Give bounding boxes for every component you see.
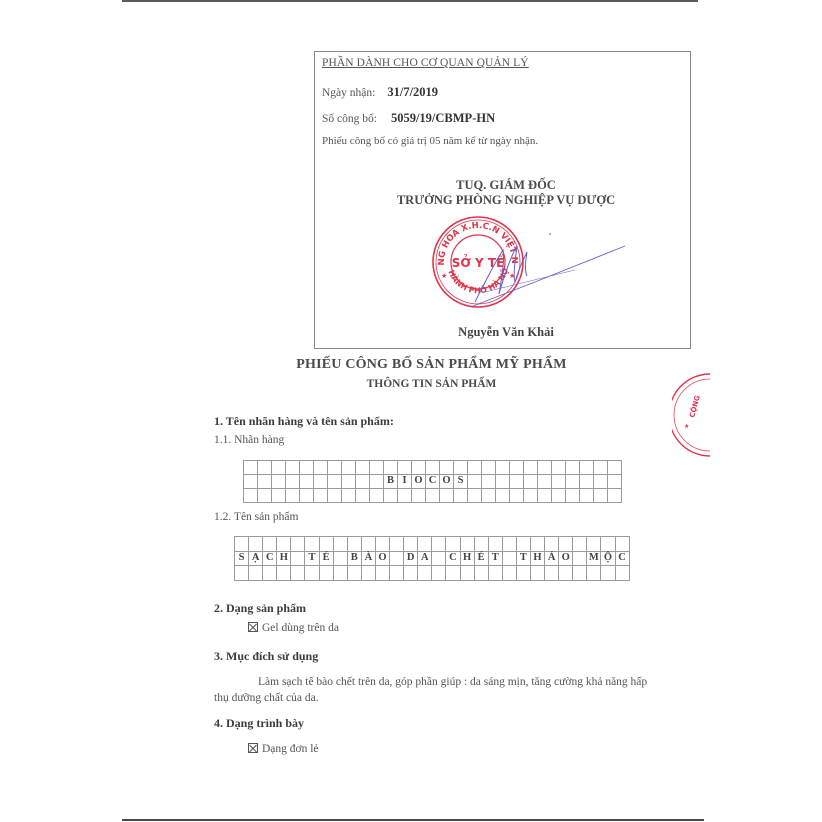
product-grid-cell — [361, 537, 375, 552]
brand-grid-cell — [538, 461, 552, 475]
product-grid-cell — [249, 566, 263, 581]
brand-grid-cell — [426, 489, 440, 503]
product-grid-cell: O — [375, 551, 389, 566]
signature-title-line1: TUQ. GIÁM ĐỐC — [330, 178, 682, 193]
product-grid-cell: H — [460, 551, 474, 566]
brand-grid-cell — [482, 475, 496, 489]
product-grid-cell — [235, 566, 249, 581]
product-grid-cell: Ạ — [249, 551, 263, 566]
brand-grid-cell — [398, 461, 412, 475]
signature-title-line2: TRƯỞNG PHÒNG NGHIỆP VỤ DƯỢC — [330, 193, 682, 208]
product-grid-cell — [516, 537, 530, 552]
product-grid-cell: H — [530, 551, 544, 566]
product-grid-cell — [502, 566, 516, 581]
brand-grid-cell — [370, 489, 384, 503]
product-name-grid: SẠCHTÉBÀODACHÉTTHẢOMỘC — [234, 536, 630, 581]
product-grid-cell: M — [587, 551, 601, 566]
brand-grid-cell: O — [440, 475, 454, 489]
brand-grid-row — [244, 489, 622, 503]
brand-grid-cell: C — [426, 475, 440, 489]
product-grid-cell: B — [347, 551, 361, 566]
product-grid-cell — [488, 566, 502, 581]
product-grid-cell — [545, 566, 559, 581]
brand-grid-cell — [258, 461, 272, 475]
announcement-number-row: Số công bố: 5059/19/CBMP-HN — [322, 109, 495, 127]
partial-seal-text: CỘNG — [687, 394, 702, 418]
product-grid-cell — [404, 537, 418, 552]
brand-name-grid: BIOCOS — [243, 460, 622, 503]
product-grid-cell — [545, 537, 559, 552]
product-grid-cell — [587, 537, 601, 552]
brand-grid-cell — [286, 461, 300, 475]
product-grid-cell — [418, 566, 432, 581]
product-grid-row — [235, 537, 630, 552]
usage-purpose-content: Làm sạch tế bào chết trên da, góp phần g… — [214, 676, 647, 704]
product-grid-cell — [375, 537, 389, 552]
product-grid-cell — [375, 566, 389, 581]
product-grid-cell — [347, 537, 361, 552]
svg-text:★: ★ — [684, 423, 689, 430]
brand-grid-cell — [286, 489, 300, 503]
brand-grid-cell — [566, 475, 580, 489]
product-grid-cell — [319, 537, 333, 552]
product-grid-row — [235, 566, 630, 581]
brand-grid-cell — [244, 475, 258, 489]
brand-grid-cell — [286, 475, 300, 489]
product-grid-cell — [432, 551, 446, 566]
product-grid-cell — [235, 537, 249, 552]
product-grid-cell — [333, 551, 347, 566]
svg-text:★: ★ — [441, 272, 447, 280]
brand-grid-cell — [468, 461, 482, 475]
product-grid-cell — [390, 566, 404, 581]
section3-heading: 3. Mục đích sử dụng — [214, 649, 318, 664]
brand-grid-cell: O — [412, 475, 426, 489]
product-grid-cell — [305, 537, 319, 552]
section4-heading: 4. Dạng trình bày — [214, 716, 304, 731]
brand-grid-cell — [426, 461, 440, 475]
brand-grid-cell — [244, 489, 258, 503]
validity-note: Phiếu công bố có giá trị 05 năm kể từ ng… — [322, 135, 538, 147]
product-grid-cell — [573, 551, 587, 566]
product-grid-cell — [249, 537, 263, 552]
brand-grid-cell — [398, 489, 412, 503]
product-grid-cell — [333, 566, 347, 581]
brand-grid-cell: S — [454, 475, 468, 489]
brand-grid-cell — [580, 461, 594, 475]
product-grid-cell — [432, 566, 446, 581]
brand-grid-cell — [552, 489, 566, 503]
product-grid-cell — [291, 537, 305, 552]
brand-grid-cell — [342, 475, 356, 489]
brand-grid-cell — [300, 489, 314, 503]
document-subtitle: THÔNG TIN SẢN PHẨM — [200, 378, 663, 390]
product-grid-cell — [601, 537, 615, 552]
product-grid-cell — [432, 537, 446, 552]
product-grid-cell: S — [235, 551, 249, 566]
product-grid-cell: À — [361, 551, 375, 566]
product-grid-cell — [502, 537, 516, 552]
product-grid-cell — [277, 566, 291, 581]
product-grid-cell: C — [263, 551, 277, 566]
product-grid-cell — [559, 566, 573, 581]
brand-grid-cell — [356, 461, 370, 475]
brand-grid-cell — [510, 475, 524, 489]
brand-grid-cell — [524, 489, 538, 503]
product-form-option-label: Gel dùng trên da — [262, 622, 339, 634]
product-grid-cell — [404, 566, 418, 581]
brand-grid-cell — [552, 475, 566, 489]
brand-grid-cell — [258, 489, 272, 503]
product-grid-cell — [615, 537, 629, 552]
signer-name: Nguyễn Văn Khải — [330, 325, 682, 340]
brand-grid-cell — [594, 461, 608, 475]
product-grid-cell — [530, 537, 544, 552]
product-grid-cell — [601, 566, 615, 581]
brand-grid-cell — [552, 461, 566, 475]
brand-grid-cell: I — [398, 475, 412, 489]
product-grid-cell — [333, 537, 347, 552]
brand-grid-cell — [496, 475, 510, 489]
presentation-option-label: Dạng đơn lẻ — [262, 743, 319, 755]
product-grid-cell: Ộ — [601, 551, 615, 566]
brand-grid-cell — [412, 489, 426, 503]
brand-label: 1.1. Nhãn hàng — [214, 434, 284, 446]
brand-grid-cell — [314, 489, 328, 503]
product-grid-cell — [460, 566, 474, 581]
product-grid-row: SẠCHTÉBÀODACHÉTTHẢOMỘC — [235, 551, 630, 566]
product-grid-cell: T — [488, 551, 502, 566]
product-grid-cell — [390, 537, 404, 552]
brand-grid-row: BIOCOS — [244, 475, 622, 489]
product-grid-cell: É — [319, 551, 333, 566]
brand-grid-cell — [496, 489, 510, 503]
brand-grid-cell — [454, 461, 468, 475]
brand-grid-cell — [538, 475, 552, 489]
product-grid-cell — [305, 566, 319, 581]
product-grid-cell: C — [615, 551, 629, 566]
received-date-row: Ngày nhận: 31/7/2019 — [322, 83, 438, 101]
presentation-option: Dạng đơn lẻ — [248, 743, 319, 755]
product-grid-cell — [263, 566, 277, 581]
brand-grid-cell — [608, 489, 622, 503]
handwritten-signature-icon — [455, 232, 630, 312]
product-grid-cell: Ả — [545, 551, 559, 566]
brand-grid-cell — [482, 461, 496, 475]
product-grid-cell — [263, 537, 277, 552]
product-grid-cell — [474, 566, 488, 581]
product-grid-cell: T — [516, 551, 530, 566]
brand-grid-cell — [272, 461, 286, 475]
brand-grid-cell — [510, 489, 524, 503]
usage-purpose-text: Làm sạch tế bào chết trên da, góp phần g… — [214, 674, 664, 706]
product-grid-cell: É — [474, 551, 488, 566]
brand-grid-cell — [594, 475, 608, 489]
brand-grid-cell — [272, 475, 286, 489]
product-grid-cell — [418, 537, 432, 552]
brand-grid-cell — [608, 475, 622, 489]
product-grid-cell — [502, 551, 516, 566]
product-grid-cell — [347, 566, 361, 581]
received-date-value: 31/7/2019 — [387, 85, 438, 99]
product-grid-cell — [446, 566, 460, 581]
product-grid-cell — [615, 566, 629, 581]
document-title: PHIẾU CÔNG BỐ SẢN PHẨM MỸ PHẨM — [200, 357, 663, 373]
checked-box-icon — [248, 622, 258, 632]
product-grid-cell — [319, 566, 333, 581]
brand-grid-cell — [496, 461, 510, 475]
announcement-number-value: 5059/19/CBMP-HN — [391, 111, 495, 125]
brand-grid-cell — [272, 489, 286, 503]
brand-grid-cell — [440, 461, 454, 475]
product-grid-cell — [460, 537, 474, 552]
product-form-option: Gel dùng trên da — [248, 622, 339, 634]
brand-grid-cell — [244, 461, 258, 475]
product-grid-cell — [446, 537, 460, 552]
brand-grid-cell — [328, 461, 342, 475]
brand-grid-cell — [328, 475, 342, 489]
product-grid-cell — [291, 551, 305, 566]
product-grid-cell — [390, 551, 404, 566]
brand-grid-cell — [510, 461, 524, 475]
product-grid-cell — [291, 566, 305, 581]
brand-grid-cell — [454, 489, 468, 503]
product-grid-cell — [361, 566, 375, 581]
brand-grid-cell — [342, 489, 356, 503]
brand-grid-cell — [258, 475, 272, 489]
product-grid-cell: O — [559, 551, 573, 566]
received-date-label: Ngày nhận: — [322, 87, 375, 99]
brand-grid-cell — [608, 461, 622, 475]
brand-grid-cell — [580, 475, 594, 489]
brand-grid-cell — [468, 475, 482, 489]
product-grid-cell — [474, 537, 488, 552]
product-grid-cell: D — [404, 551, 418, 566]
brand-grid-cell — [314, 475, 328, 489]
brand-grid-cell — [594, 489, 608, 503]
brand-grid-cell — [356, 489, 370, 503]
brand-grid-cell: B — [384, 475, 398, 489]
product-grid-cell — [530, 566, 544, 581]
section1-heading: 1. Tên nhãn hàng và tên sản phẩm: — [214, 414, 394, 429]
brand-grid-cell — [314, 461, 328, 475]
brand-grid-cell — [524, 475, 538, 489]
brand-grid-cell — [370, 461, 384, 475]
brand-grid-cell — [328, 489, 342, 503]
section2-heading: 2. Dạng sản phẩm — [214, 601, 306, 616]
brand-grid-cell — [440, 489, 454, 503]
product-grid-cell: C — [446, 551, 460, 566]
product-grid-cell: T — [305, 551, 319, 566]
brand-grid-cell — [356, 475, 370, 489]
brand-grid-cell — [566, 461, 580, 475]
announcement-number-label: Số công bố: — [322, 113, 377, 125]
checked-box-icon — [248, 743, 258, 753]
product-grid-cell: A — [418, 551, 432, 566]
brand-grid-cell — [482, 489, 496, 503]
product-grid-cell — [573, 566, 587, 581]
brand-grid-cell — [384, 489, 398, 503]
product-grid-cell — [559, 537, 573, 552]
brand-grid-cell — [566, 489, 580, 503]
admin-section-heading: PHẦN DÀNH CHO CƠ QUAN QUẢN LÝ — [322, 57, 529, 69]
brand-grid-cell — [342, 461, 356, 475]
page-edge-top — [122, 0, 698, 2]
brand-grid-cell — [370, 475, 384, 489]
brand-grid-cell — [300, 475, 314, 489]
brand-grid-row — [244, 461, 622, 475]
product-grid-cell — [516, 566, 530, 581]
product-grid-cell: H — [277, 551, 291, 566]
brand-grid-cell — [524, 461, 538, 475]
partial-seal-icon: CỘNG ★ — [672, 370, 712, 460]
page-edge-bottom — [122, 819, 704, 821]
brand-grid-cell — [300, 461, 314, 475]
brand-grid-cell — [538, 489, 552, 503]
brand-grid-cell — [412, 461, 426, 475]
brand-grid-cell — [384, 461, 398, 475]
brand-grid-cell — [580, 489, 594, 503]
product-grid-cell — [488, 537, 502, 552]
brand-grid-cell — [468, 489, 482, 503]
product-grid-cell — [277, 537, 291, 552]
product-grid-cell — [573, 537, 587, 552]
product-grid-cell — [587, 566, 601, 581]
product-name-label: 1.2. Tên sản phẩm — [214, 511, 298, 523]
